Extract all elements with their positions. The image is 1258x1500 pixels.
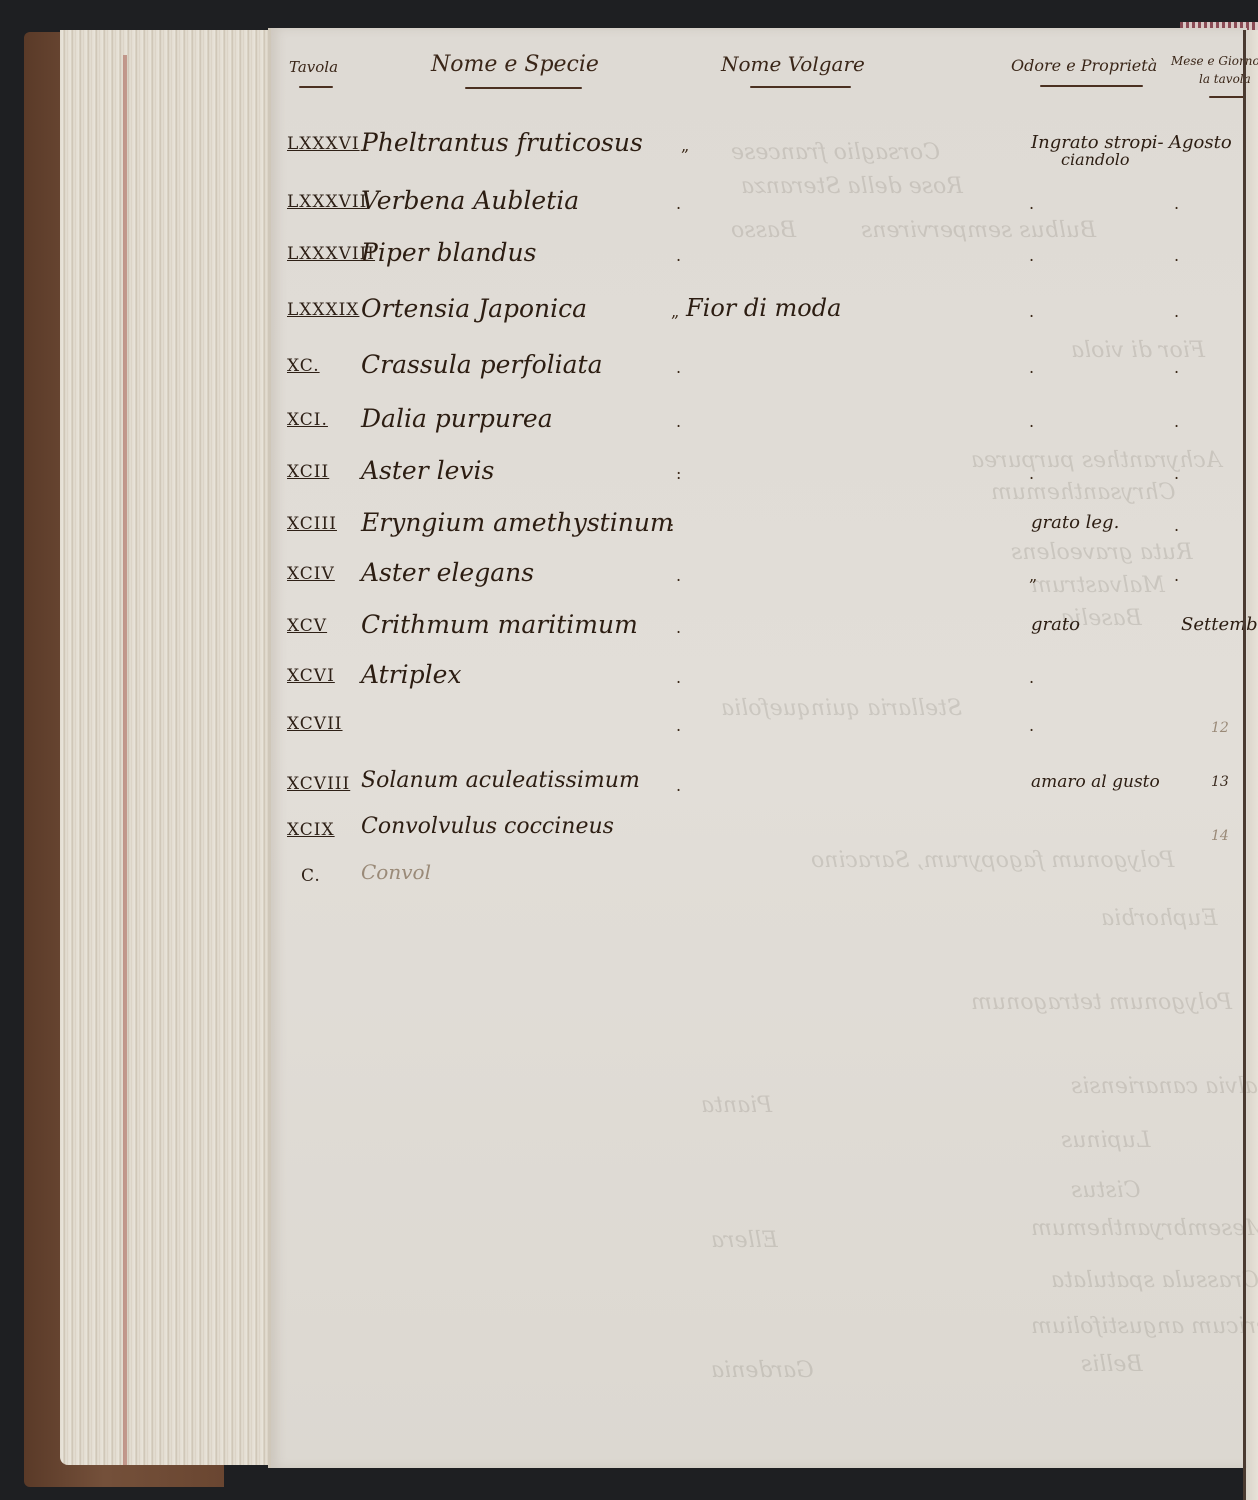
bleed-text: Pianta: [701, 1093, 772, 1118]
page-gutter: [1243, 30, 1246, 1500]
page-edges: [60, 30, 275, 1465]
ditto-mark: .: [1174, 246, 1179, 265]
ditto-mark: .: [1174, 194, 1179, 213]
ditto-mark: .: [1174, 302, 1179, 321]
table-row: XCVIII Solanum aculeatissimum . amaro al…: [271, 768, 1247, 808]
header-nome-volgare: Nome Volgare: [721, 52, 865, 76]
species-name: Dalia purpurea: [361, 404, 553, 433]
ditto-mark: .: [1029, 194, 1034, 213]
ditto-mark: .: [1174, 464, 1179, 483]
ditto-mark: .: [1174, 516, 1179, 535]
bleed-text: Crassula spatulata: [1051, 1268, 1258, 1293]
ditto-mark: .: [676, 668, 681, 687]
species-name: Atriplex: [361, 660, 462, 689]
header-nome-specie: Nome e Specie: [431, 52, 599, 77]
bleed-text: Ellera: [711, 1228, 778, 1253]
header-tavola: Tavola: [289, 58, 338, 76]
species-name: Crassula perfoliata: [361, 350, 603, 379]
ditto-mark: :: [676, 464, 681, 483]
table-row: XCII Aster levis : . .: [271, 456, 1247, 496]
mese-text: Settemb.: [1181, 614, 1258, 635]
table-row: XCVI Atriplex . .: [271, 660, 1247, 700]
odore-text: grato leg.: [1031, 512, 1119, 533]
margin-number: 14: [1211, 828, 1229, 844]
tavola-number: LXXXIX: [287, 300, 359, 320]
species-name: Crithmum maritimum: [361, 610, 638, 639]
tavola-number: XCVII: [287, 714, 343, 734]
bleed-text: Euphorbia: [1101, 906, 1217, 931]
table-row: C. Convol: [271, 860, 1247, 900]
table-row: XCIV Aster elegans . „ .: [271, 558, 1247, 598]
species-name: Ortensia Japonica: [361, 294, 587, 323]
volgare-text: Fior di moda: [686, 294, 841, 322]
ditto-mark: .: [676, 566, 681, 585]
ditto-mark: .: [1029, 246, 1034, 265]
ditto-mark: .: [1174, 412, 1179, 431]
ditto-mark: .: [1029, 358, 1034, 377]
table-row: LXXXVII Verbena Aubletia . . .: [271, 186, 1247, 226]
table-row: LXXXVIII Piper blandus . . .: [271, 238, 1247, 278]
odore-text-line2: ciandolo: [1061, 150, 1130, 169]
tavola-number: XCI.: [287, 410, 328, 430]
bleed-text: Salvia canariensis: [1071, 1074, 1258, 1099]
tavola-number: XCVI: [287, 666, 335, 686]
tavola-number: LXXXVI: [287, 134, 360, 154]
species-name: Solanum aculeatissimum: [361, 768, 640, 793]
tavola-number: C.: [301, 866, 321, 886]
tavola-number: XCV: [287, 616, 327, 636]
species-name: Aster levis: [361, 456, 494, 485]
odore-text: amaro al gusto: [1031, 772, 1160, 792]
ditto-mark: .: [676, 246, 681, 265]
ditto-mark: .: [676, 776, 681, 795]
ditto-mark: „: [681, 136, 689, 155]
species-name: Aster elegans: [361, 558, 534, 587]
manuscript-page: Corsaglio francese Rose della Steranza B…: [268, 28, 1247, 1468]
bleed-text: Mesembryanthemum: [1031, 1216, 1258, 1241]
bleed-text: Bellis: [1081, 1352, 1143, 1377]
table-row: XCI. Dalia purpurea . . .: [271, 404, 1247, 444]
bleed-text: Cistus: [1071, 1178, 1140, 1203]
tavola-number: XCII: [287, 462, 329, 482]
red-page-edge: [123, 55, 127, 1465]
ditto-mark: .: [676, 194, 681, 213]
tavola-number: XCIV: [287, 564, 335, 584]
species-name: Verbena Aubletia: [361, 186, 579, 215]
ditto-mark: .: [1029, 302, 1034, 321]
table-row: XCV Crithmum maritimum . grato Settemb.: [271, 610, 1247, 650]
bleed-text: Lupinus: [1061, 1128, 1151, 1153]
ditto-mark: .: [676, 358, 681, 377]
tavola-number: XCVIII: [287, 774, 350, 794]
bleed-text: Polygonum tetragonum: [971, 990, 1232, 1015]
species-name: Convolvulus coccineus: [361, 814, 614, 839]
bleed-text: Gardenia: [711, 1358, 814, 1383]
ditto-mark: .: [676, 412, 681, 431]
ditto-mark: „: [1029, 566, 1037, 585]
margin-number: 12: [1211, 720, 1229, 736]
species-name: Pheltrantus fruticosus: [361, 128, 643, 157]
mese-text: Agosto: [1169, 132, 1232, 153]
table-row: LXXXVI Pheltrantus fruticosus „ Ingrato …: [271, 128, 1247, 168]
species-name: Piper blandus: [361, 238, 536, 267]
ditto-mark: .: [1174, 358, 1179, 377]
species-name-faded: Convol: [361, 860, 431, 884]
ditto-mark: .: [676, 618, 681, 637]
ditto-mark: .: [1174, 566, 1179, 585]
header-odore-proprieta: Odore e Proprietà: [1011, 56, 1157, 75]
table-row: LXXXIX Ortensia Japonica „ Fior di moda …: [271, 294, 1247, 334]
tavola-number: XCIII: [287, 514, 337, 534]
tavola-number: XC.: [287, 356, 320, 376]
table-row: XCIII Eryngium amethystinum : grato leg.…: [271, 508, 1247, 548]
table-row: XCVII . .: [271, 708, 1247, 748]
ditto-mark: :: [669, 516, 674, 535]
ditto-mark: .: [1029, 668, 1034, 687]
ditto-mark: .: [676, 716, 681, 735]
table-row: XC. Crassula perfoliata . . .: [271, 350, 1247, 390]
margin-number: 13: [1211, 774, 1229, 790]
ditto-mark: „: [671, 302, 679, 321]
species-name: Eryngium amethystinum: [361, 508, 674, 537]
ditto-mark: .: [1029, 412, 1034, 431]
bleed-text: Hypericum angustifolium: [1031, 1314, 1258, 1339]
tavola-number: LXXXVII: [287, 192, 367, 212]
tavola-number: XCIX: [287, 820, 335, 840]
ditto-mark: .: [1029, 716, 1034, 735]
odore-text: grato: [1031, 614, 1080, 635]
ditto-mark: .: [1029, 464, 1034, 483]
table-row: XCIX Convolvulus coccineus: [271, 814, 1247, 854]
